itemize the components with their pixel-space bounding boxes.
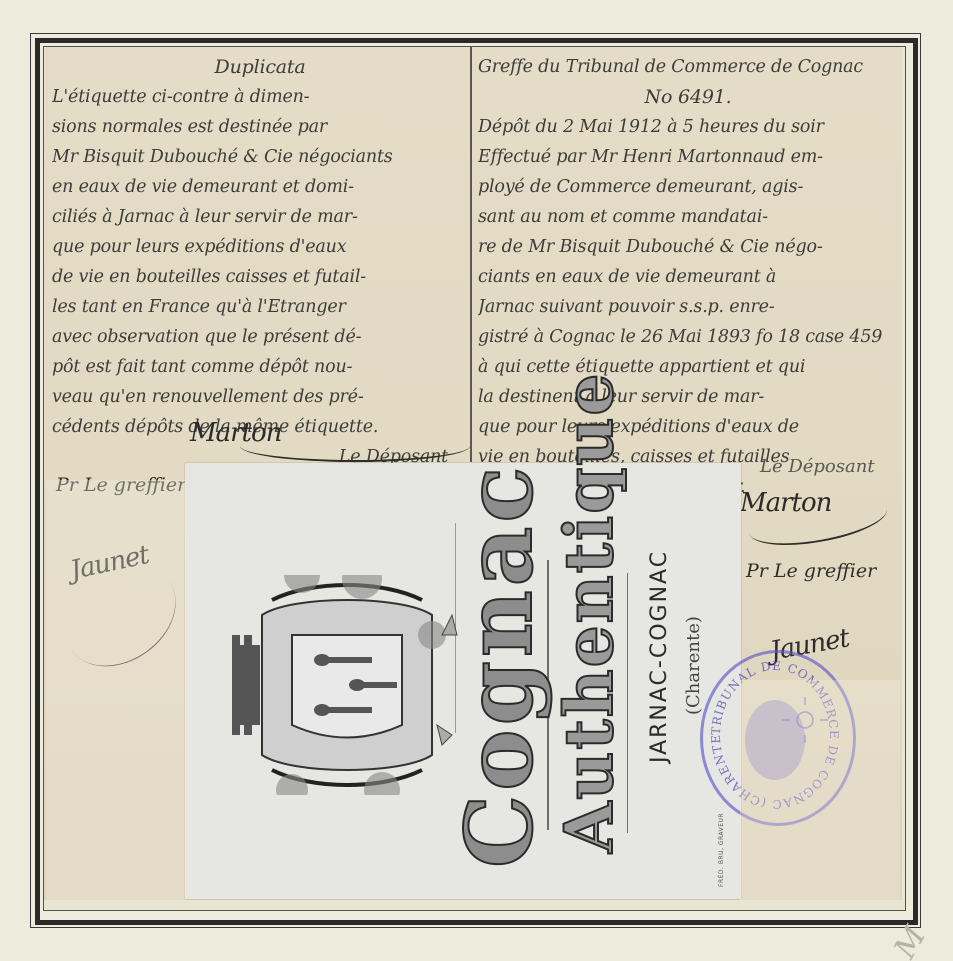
right-registration-line: ciants en eaux de vie demeurant à <box>478 262 898 292</box>
coat-of-arms-icon <box>232 575 462 795</box>
left-declaration: Duplicata L'étiquette ci-contre à dimen-… <box>52 52 468 472</box>
right-registration-line: re de Mr Bisquit Dubouché & Cie négo- <box>478 232 898 262</box>
left-declaration-line: les tant en France qu'à l'Etranger <box>52 292 468 322</box>
right-registration-line: à qui cette étiquette appartient et qui <box>478 352 898 382</box>
right-registration-line: que pour leurs expéditions d'eaux de <box>478 412 898 442</box>
right-registration-line: sant au nom et comme mandatai- <box>478 202 898 232</box>
tape-right <box>740 680 900 900</box>
right-registration-line: Effectué par Mr Henri Martonnaud em- <box>478 142 898 172</box>
left-declaration-line: avec observation que le présent dé- <box>52 322 468 352</box>
label-title-authentique: Authentique <box>550 372 628 853</box>
archive-page: Duplicata L'étiquette ci-contre à dimen-… <box>0 0 953 961</box>
left-declaration-lines: L'étiquette ci-contre à dimen-sions norm… <box>52 82 468 442</box>
left-declaration-line: L'étiquette ci-contre à dimen- <box>52 82 468 112</box>
left-declaration-line: sions normales est destinée par <box>52 112 468 142</box>
right-registration-line: ployé de Commerce demeurant, agis- <box>478 172 898 202</box>
deposit-number: No 6491. <box>478 82 898 112</box>
tribunal-header: Greffe du Tribunal de Commerce de Cognac <box>478 52 898 82</box>
right-deposant-label: Le Déposant <box>760 456 875 477</box>
left-declaration-line: que pour leurs expéditions d'eaux <box>52 232 468 262</box>
right-registration-line: gistré à Cognac le 26 Mai 1893 fo 18 cas… <box>478 322 898 352</box>
right-registration-line: Dépôt du 2 Mai 1912 à 5 heures du soir <box>478 112 898 142</box>
label-imprint: FRÉD. BRU, GRAVEUR <box>718 813 725 887</box>
left-declaration-line: veau qu'en renouvellement des pré- <box>52 382 468 412</box>
tape-left <box>46 480 186 900</box>
duplicata-title: Duplicata <box>52 52 468 82</box>
right-registration-line: la destinent à leur servir de mar- <box>478 382 898 412</box>
left-declaration-line: de vie en bouteilles caisses et futail- <box>52 262 468 292</box>
right-greffier-label: Pr Le greffier <box>746 560 876 582</box>
left-declaration-line: en eaux de vie demeurant et domi- <box>52 172 468 202</box>
right-registration-line: Jarnac suivant pouvoir s.s.p. enre- <box>478 292 898 322</box>
left-declaration-line: pôt est fait tant comme dépôt nou- <box>52 352 468 382</box>
right-registration: Greffe du Tribunal de Commerce de Cognac… <box>478 52 898 502</box>
left-declaration-line: Mr Bisquit Dubouché & Cie négociants <box>52 142 468 172</box>
column-divider <box>470 47 472 462</box>
right-registration-lines: Dépôt du 2 Mai 1912 à 5 heures du soirEf… <box>478 112 898 502</box>
left-declaration-line: ciliés à Jarnac à leur servir de mar- <box>52 202 468 232</box>
left-signature-flourish <box>240 430 470 462</box>
label-place: JARNAC-COGNAC <box>647 550 672 763</box>
